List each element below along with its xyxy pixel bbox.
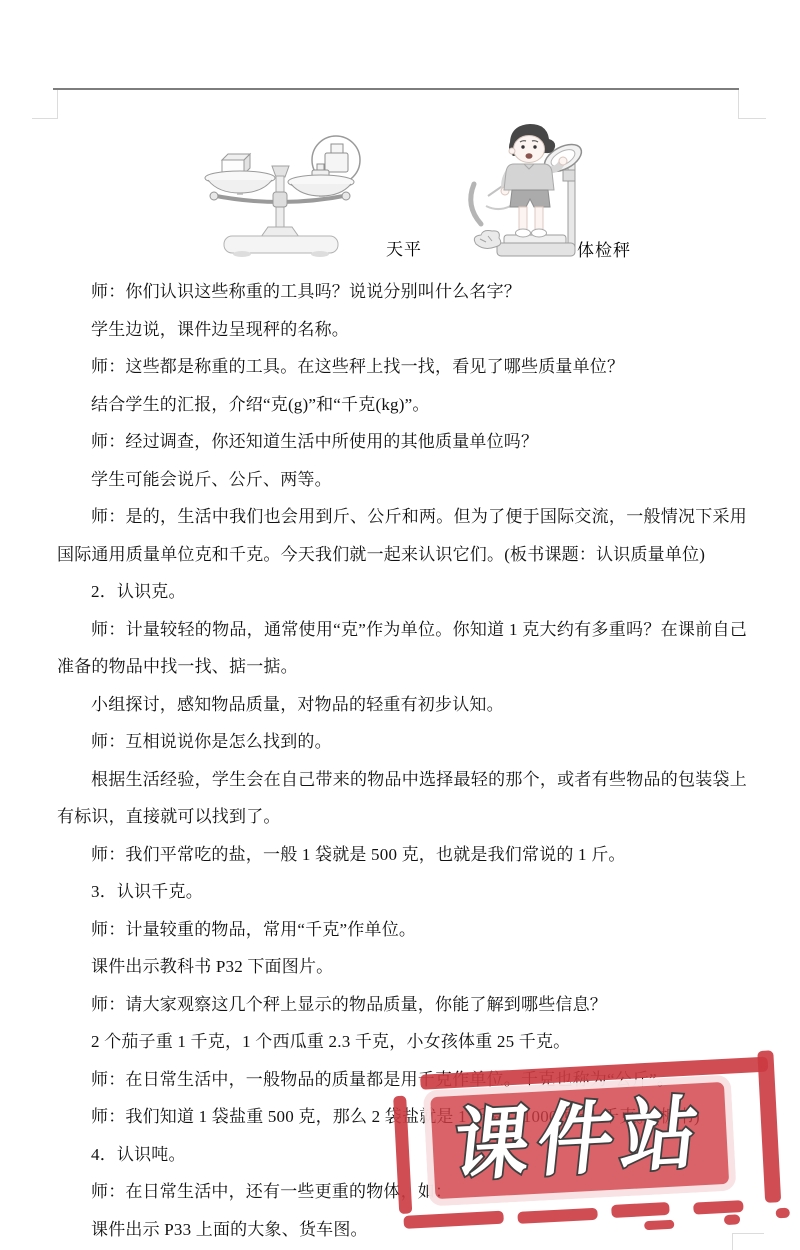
text-boundary-mark <box>57 90 58 119</box>
paragraph: 师：请大家观察这几个秤上显示的物品质量，你能了解到哪些信息？ <box>57 986 747 1024</box>
body-scale-caption: 体检秤 <box>577 242 631 260</box>
balance-scale-illustration <box>198 132 366 258</box>
paragraph: 课件出示 P33 上面的大象、货车图。 <box>57 1211 747 1249</box>
paragraph: 根据生活经验，学生会在自己带来的物品中选择最轻的那个，或者有些物品的包装袋上有标… <box>57 761 747 836</box>
paragraph: 师：互相说说你是怎么找到的。 <box>57 723 747 761</box>
text-boundary-mark <box>738 118 766 119</box>
lesson-text: 师：你们认识这些称重的工具吗？说说分别叫什么名字？ 学生边说，课件边呈现秤的名称… <box>57 273 747 1248</box>
paragraph: 小组探讨，感知物品质量，对物品的轻重有初步认知。 <box>57 686 747 724</box>
paragraph: 师：是的，生活中我们也会用到斤、公斤和两。但为了便于国际交流，一般情况下采用国际… <box>57 498 747 573</box>
paragraph: 师：我们平常吃的盐，一般 1 袋就是 500 克，也就是我们常说的 1 斤。 <box>57 836 747 874</box>
paragraph: 师：计量较轻的物品，通常使用“克”作为单位。你知道 1 克大约有多重吗？在课前自… <box>57 611 747 686</box>
paragraph-heading: 4．认识吨。 <box>57 1136 747 1174</box>
paragraph: 结合学生的汇报，介绍“克(g)”和“千克(kg)”。 <box>57 386 747 424</box>
stamp-frame <box>757 1050 781 1203</box>
document-page: 天平 <box>0 0 800 1250</box>
balance-scale-caption: 天平 <box>386 241 422 259</box>
paragraph: 师：在日常生活中，还有一些更重的物体，如： <box>57 1173 747 1211</box>
paragraph: 学生边说，课件边呈现秤的名称。 <box>57 311 747 349</box>
paragraph: 学生可能会说斤、公斤、两等。 <box>57 461 747 499</box>
paragraph: 师：在日常生活中，一般物品的质量都是用千克作单位。千克也称为“公斤”。 <box>57 1061 747 1099</box>
paragraph: 师：你们认识这些称重的工具吗？说说分别叫什么名字？ <box>57 273 747 311</box>
text-boundary-mark <box>32 118 58 119</box>
header-rule <box>53 88 739 90</box>
stamp-ink-dot <box>776 1208 791 1219</box>
paragraph: 师：经过调查，你还知道生活中所使用的其他质量单位吗？ <box>57 423 747 461</box>
paragraph: 课件出示教科书 P32 下面图片。 <box>57 948 747 986</box>
text-boundary-mark <box>738 90 739 119</box>
paragraph-heading: 3．认识千克。 <box>57 873 747 911</box>
paragraph: 2 个茄子重 1 千克，1 个西瓜重 2.3 千克，小女孩体重 25 千克。 <box>57 1023 747 1061</box>
paragraph: 师：这些都是称重的工具。在这些秤上找一找，看见了哪些质量单位？ <box>57 348 747 386</box>
paragraph: 师：计量较重的物品，常用“千克”作单位。 <box>57 911 747 949</box>
paragraph-heading: 2．认识克。 <box>57 573 747 611</box>
paragraph: 师：我们知道 1 袋盐重 500 克，那么 2 袋盐就是 1 千克。1000 克… <box>57 1098 747 1136</box>
